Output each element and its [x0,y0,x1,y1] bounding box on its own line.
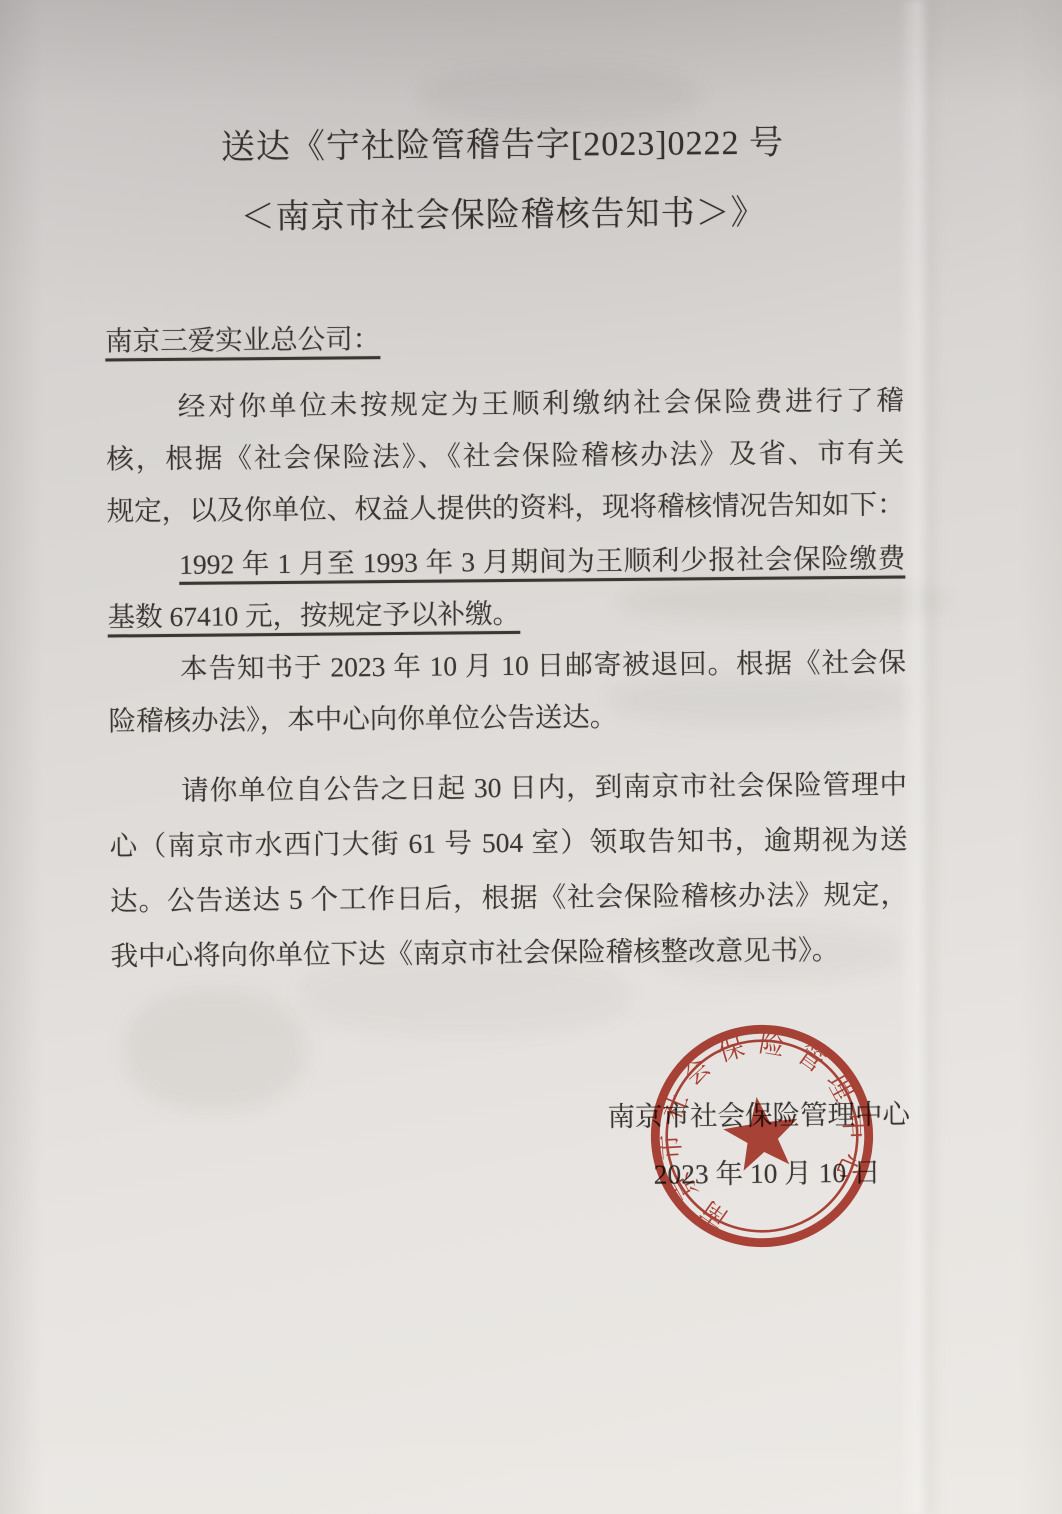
body-line: 达。公告送达 5 个工作日后，根据《社会保险稽核办法》规定， [110,867,908,929]
paper-page: 送达《宁社险管稽告字[2023]0222 号 ＜南京市社会保险稽核告知书＞》 南… [0,0,1062,1514]
body-line: 规定，以及你单位、权益人提供的资料，现将稽核情况告知如下： [106,479,904,538]
body-line: 险稽核办法》，本中心向你单位公告送达。 [108,689,906,748]
body-line: 经对你单位未按规定为王顺利缴纳社会保险费进行了稽 [106,375,904,434]
signature-date: 2023 年 10 月 10 日 [112,1152,910,1199]
document-title-line2: ＜南京市社会保险稽核告知书＞》 [104,191,902,242]
body-line: 本告知书于 2023 年 10 月 10 日邮寄被退回。根据《社会保 [108,637,906,696]
body-line: 我中心将向你单位下达《南京市社会保险稽核整改意见书》。 [110,922,908,984]
body-line: 请你单位自公告之日起 30 日内，到南京市社会保险管理中 [109,757,907,819]
document-body: 送达《宁社险管稽告字[2023]0222 号 ＜南京市社会保险稽核告知书＞》 南… [103,121,910,1200]
signature-org-name: 南京市社会保险管理中心 [112,1095,910,1142]
body-line-underlined: 基数 67410 元，按规定予以补缴。 [107,585,905,644]
bleedthrough-smudge [420,66,700,124]
document-title-line1: 送达《宁社险管稽告字[2023]0222 号 [103,121,901,172]
body-line-underlined: 1992 年 1 月至 1993 年 3 月期间为王顺利少报社会保险缴费 [107,533,905,592]
salutation-line: 南京三爱实业总公司： [105,309,903,368]
body-line: 心（南京市水西门大街 61 号 504 室）领取告知书，逾期视为送 [109,812,907,874]
body-line: 核，根据《社会保险法》、《社会保险稽核办法》及省、市有关 [106,427,904,486]
